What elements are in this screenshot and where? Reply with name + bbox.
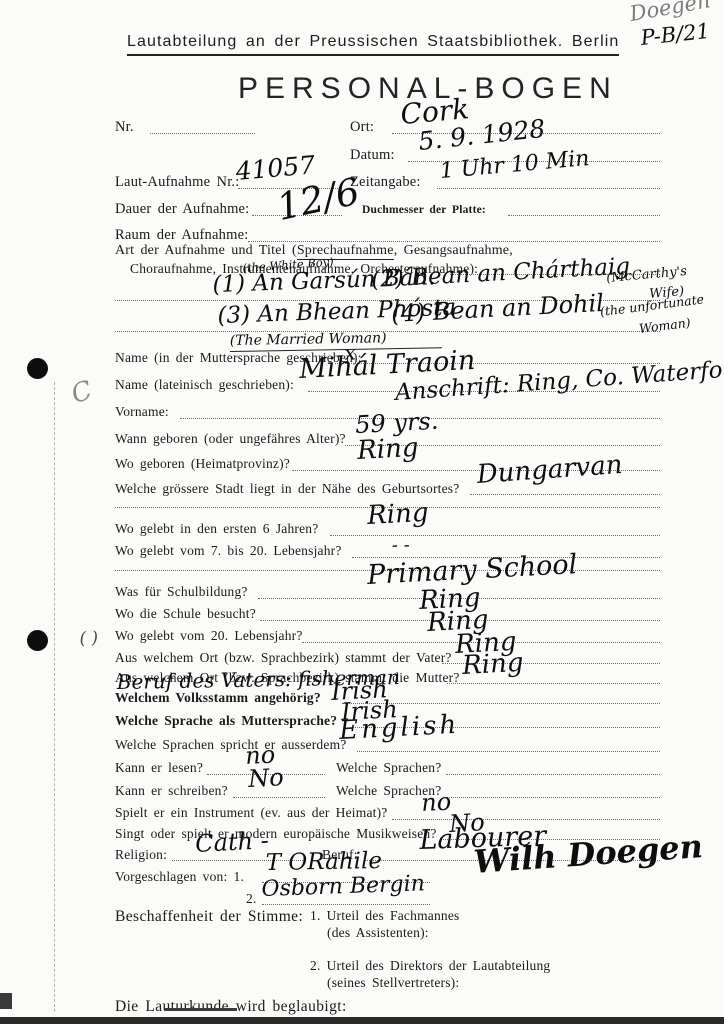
field-label-religion: Religion:: [115, 847, 167, 863]
handwriting-title4: (4) Bean an Dohil: [391, 289, 605, 328]
field-label-stadt: Welche grössere Stadt liegt in der Nähe …: [115, 481, 459, 497]
handwriting-first6: Ring: [366, 498, 429, 531]
field-label-vater-ort: Aus welchem Ort (bzw. Sprachbezirk) stam…: [115, 650, 452, 666]
label-beglaubigt: Die Lauturkunde wird beglaubigt:: [115, 998, 347, 1016]
handwriting-wo-geboren: Ring: [356, 433, 419, 466]
field-label-instrument: Spielt er ein Instrument (ev. aus der He…: [115, 805, 388, 821]
field-label-laut-nr: Laut-Aufnahme Nr.:: [115, 174, 239, 191]
field-label-vorgeschlagen: Vorgeschlagen von: 1.: [115, 869, 244, 885]
field-label-nr: Nr.: [115, 119, 134, 136]
field-label-lesen-sprachen: Welche Sprachen?: [336, 760, 441, 776]
field-label-vorgeschlagen-2: 2.: [246, 891, 257, 907]
field-label-schule-wo: Wo die Schule besucht?: [115, 606, 256, 622]
field-line-raum: [248, 241, 660, 242]
field-line-mutter-ort: [447, 683, 660, 684]
art-label-pre: Art der Aufnahme und Titel (: [115, 243, 297, 258]
field-label-dauer: Dauer der Aufnahme:: [115, 201, 249, 218]
field-label-muttersprache: Welche Sprache als Muttersprache?: [115, 713, 337, 729]
art-label-post: , Gesangsaufnahme,: [394, 243, 513, 258]
field-label-lesen: Kann er lesen?: [115, 760, 203, 776]
field-label-raum: Raum der Aufnahme:: [115, 227, 248, 244]
institution-header: Lautabteilung an der Preussischen Staats…: [127, 33, 619, 56]
handwriting-religion: Cath -: [195, 826, 270, 858]
hole-punch-bottom: [27, 630, 48, 651]
field-line-nr: [150, 133, 255, 134]
hole-punch-top: [27, 358, 48, 379]
pencil-mark-c: C: [68, 375, 96, 410]
scan-fold-line: [54, 382, 55, 1012]
handwriting-title2: (2) Bean an Chárthaig: [371, 253, 631, 293]
field-label-wo-geboren: Wo geboren (Heimatprovinz)?: [115, 456, 290, 472]
field-label-7to20: Wo gelebt vom 7. bis 20. Lebensjahr?: [115, 543, 342, 559]
handwriting-proposer-2: Osborn Bergin: [261, 871, 425, 902]
field-label-name-latin: Name (lateinisch geschrieben):: [115, 377, 294, 393]
field-line-durchmesser: [508, 215, 660, 216]
handwriting-schreiben: No: [248, 763, 285, 793]
label-urteil-direktor-sub: (seines Stellvertreters):: [327, 975, 459, 991]
field-line-zeitangabe: [437, 188, 660, 189]
field-label-vorname: Vorname:: [115, 404, 169, 420]
scan-edge-bottom-band: [0, 1017, 724, 1024]
label-urteil-fachmann-sub: (des Assistenten):: [327, 925, 429, 941]
field-line-andere-sprachen: [357, 751, 660, 752]
field-line-stadt: [470, 494, 660, 495]
stray-underline-mark: [165, 1008, 237, 1011]
label-urteil-fachmann: 1. Urteil des Fachmannes: [310, 908, 460, 924]
field-line-instrument: [392, 819, 660, 820]
field-line-schreiben-sprachen: [446, 797, 660, 798]
label-urteil-direktor: 2. Urteil des Direktors der Lautabteilun…: [310, 958, 550, 974]
handwriting-instrument: no: [421, 787, 452, 817]
field-label-schreiben: Kann er schreiben?: [115, 783, 228, 799]
handwriting-proposer-1: T ORahile: [266, 848, 383, 876]
field-label-datum: Datum:: [350, 147, 395, 164]
field-label-schulbildung: Was für Schulbildung?: [115, 584, 248, 600]
field-label-singt: Singt oder spielt er modern europäische …: [115, 826, 437, 842]
field-label-first6: Wo gelebt in den ersten 6 Jahren?: [115, 521, 318, 537]
field-line-first6: [330, 535, 660, 536]
field-line-vorgeschlagen-2: [262, 904, 430, 905]
field-label-durchmesser: Duchmesser der Platte:: [362, 204, 486, 216]
handwriting-title4-note2: Woman): [638, 315, 691, 336]
field-label-geboren: Wann geboren (oder ungefähres Alter)?: [115, 431, 346, 447]
field-label-ort: Ort:: [350, 119, 374, 136]
field-label-andere-sprachen: Welche Sprachen spricht er ausserdem?: [115, 737, 346, 753]
field-line-lesen-sprachen: [446, 774, 660, 775]
handwriting-zeitangabe: 1 Uhr 10 Min: [439, 146, 591, 184]
field-label-after20: Wo gelebt vom 20. Lebensjahr?: [115, 628, 303, 644]
scan-edge-blot: [0, 993, 12, 1009]
handwriting-7to20-ditto: - -: [392, 535, 410, 556]
handwriting-andere-sprachen: English: [338, 710, 459, 746]
handwriting-stadt: Dungarvan: [476, 450, 624, 490]
handwriting-mutter-ort: Ring: [461, 648, 524, 681]
field-label-zeitangabe: Zeitangabe:: [350, 174, 421, 191]
shelfmark-annotation: P-B/21: [639, 19, 710, 50]
field-line-schreiben: [233, 797, 325, 798]
scanned-form-page: Doegen P-B/21 Lautabteilung an der Preus…: [0, 0, 724, 1024]
section-label-stimme: Beschaffenheit der Stimme:: [115, 908, 303, 926]
pencil-mark-parens: ( ): [79, 628, 99, 649]
